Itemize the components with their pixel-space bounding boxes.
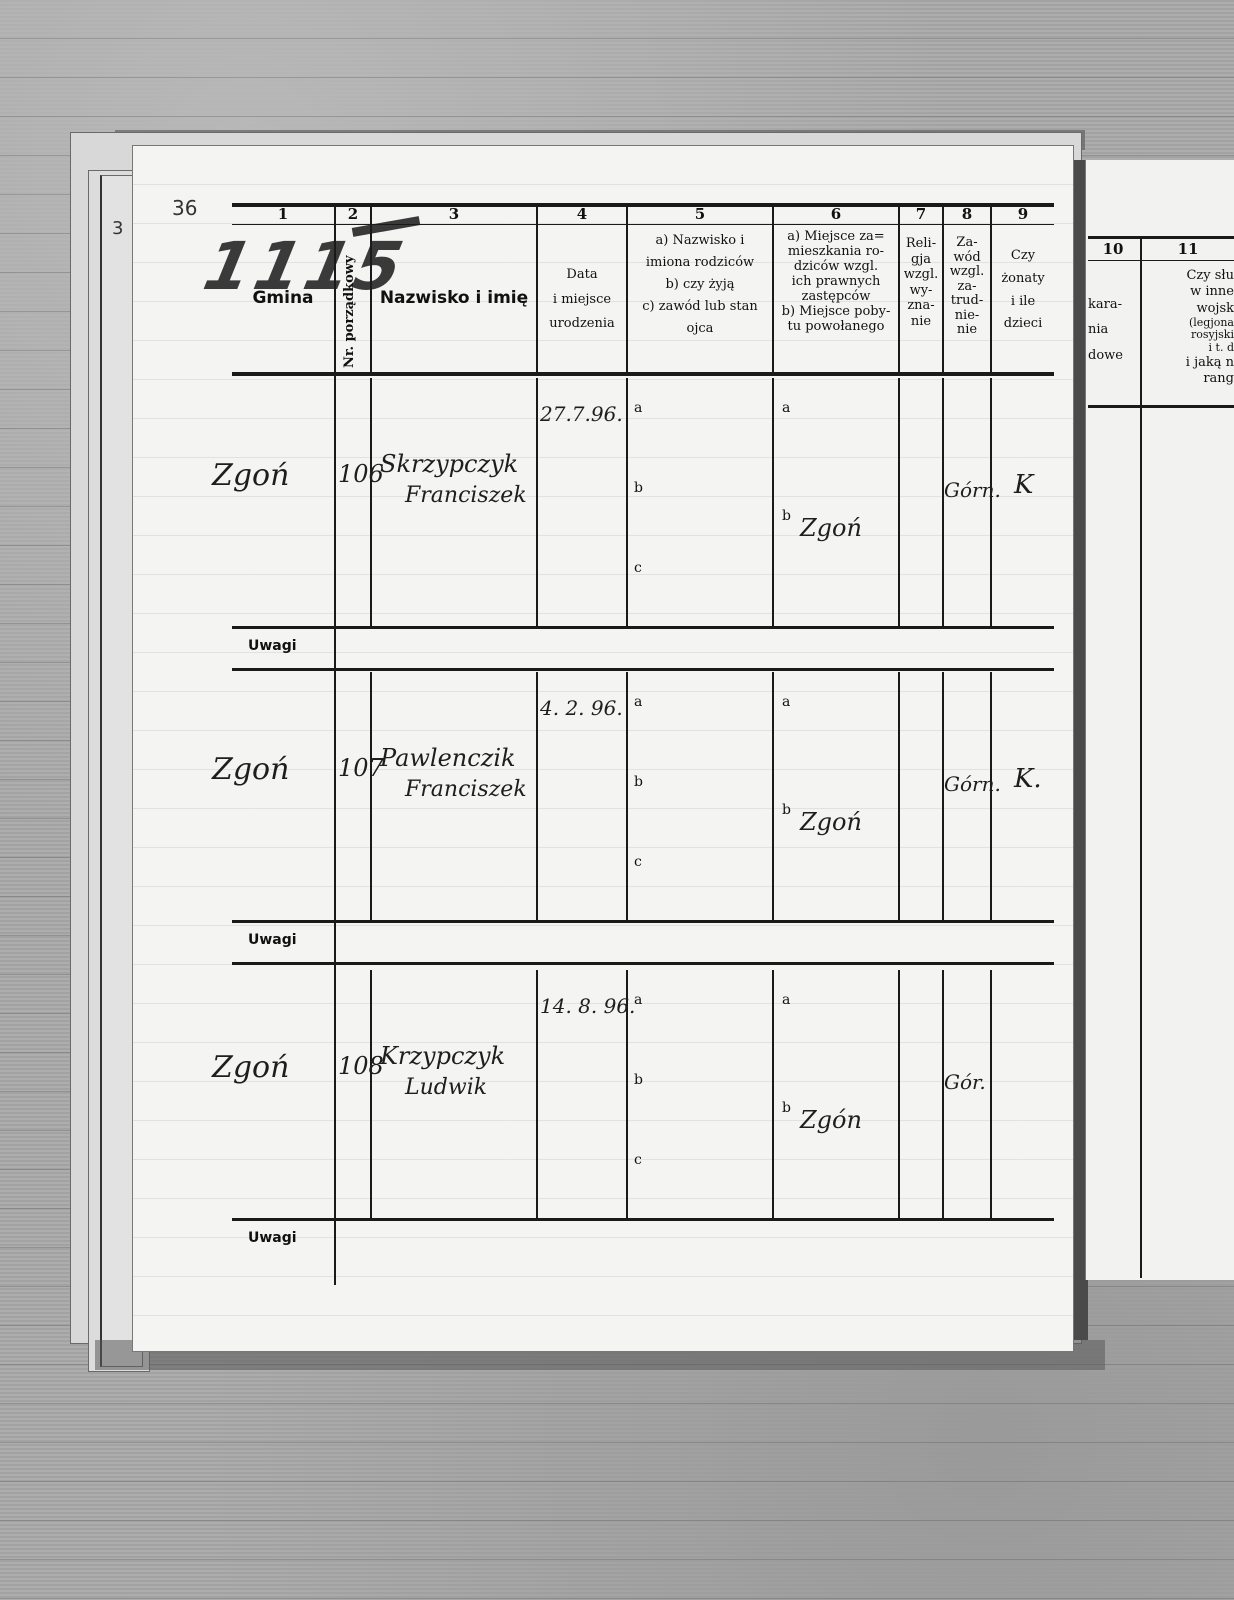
column-rule xyxy=(942,970,944,1218)
cell-residence: Zgoń xyxy=(800,808,862,836)
header-line: zna- xyxy=(900,298,942,314)
cell-occupation: Górn. xyxy=(944,478,1001,502)
column-rule xyxy=(1140,238,1142,1278)
header-line: nie xyxy=(944,323,990,338)
header-nazwisko-imie: Nazwisko i imię xyxy=(372,288,536,309)
header-line: wód xyxy=(944,251,990,266)
header-line: nia xyxy=(1088,317,1140,342)
pencil-side-number: 3 xyxy=(112,218,123,239)
column-rule xyxy=(370,970,372,1218)
cell-gmina: Zgoń xyxy=(212,1050,289,1085)
residence-sub-label: b xyxy=(782,802,791,818)
column-rule xyxy=(536,970,538,1218)
header-line: trud- xyxy=(944,294,990,309)
header-rodzice: a) Nazwisko i imiona rodziców b) czy żyj… xyxy=(628,230,772,340)
header-line: zastępców xyxy=(774,290,898,305)
column-rule xyxy=(990,970,992,1218)
cell-given-name: Franciszek xyxy=(405,777,527,802)
header-gmina: Gmina xyxy=(232,288,334,309)
header-line: wzgl. xyxy=(900,267,942,283)
residence-sub-label: a xyxy=(782,400,790,416)
cell-surname: Krzypczyk xyxy=(380,1042,505,1070)
column-number: 4 xyxy=(538,205,626,223)
cell-residence: Zgoń xyxy=(800,514,862,542)
residence-sub-label: a xyxy=(782,992,790,1008)
column-number: 1 xyxy=(232,205,334,223)
residence-sub-label: a xyxy=(782,694,790,710)
header-bottom-rule-right xyxy=(1088,405,1234,408)
cell-gmina: Zgoń xyxy=(212,458,289,493)
header-line: a) Miejsce za= xyxy=(774,230,898,245)
column-rule xyxy=(990,378,992,626)
header-line: i t. d xyxy=(1144,342,1234,355)
cell-occupation: Górn. xyxy=(944,772,1001,796)
header-line: tu powołanego xyxy=(774,320,898,335)
column-number: 3 xyxy=(372,205,536,223)
header-line: Reli- xyxy=(900,236,942,252)
cell-married: K xyxy=(1014,470,1033,500)
header-line: c) zawód lub stan xyxy=(628,296,772,318)
column-rule xyxy=(898,672,900,920)
header-line: i jaką n xyxy=(1144,355,1234,371)
column-rule xyxy=(772,378,774,626)
parents-sub-label: a xyxy=(634,992,642,1008)
cell-given-name: Ludwik xyxy=(405,1075,487,1100)
header-line: rang xyxy=(1144,371,1234,387)
header-line: i miejsce xyxy=(538,288,626,313)
cell-married: K. xyxy=(1014,764,1042,794)
column-rule xyxy=(370,378,372,626)
parents-sub-label: a xyxy=(634,694,642,710)
header-line: urodzenia xyxy=(538,312,626,337)
parents-sub-label: b xyxy=(634,774,643,790)
cell-surname: Pawlenczik xyxy=(380,744,516,772)
column-number: 2 xyxy=(336,205,370,223)
column-rule xyxy=(990,672,992,920)
column-rule xyxy=(898,378,900,626)
row-bottom-rule xyxy=(232,920,1054,923)
header-line: b) czy żyją xyxy=(628,274,772,296)
residence-sub-label: b xyxy=(782,1100,791,1116)
header-bottom-rule xyxy=(232,372,1054,376)
header-nr-porzadkowy: Nr. porządkowy xyxy=(342,232,357,368)
header-line: żonaty xyxy=(992,268,1054,291)
remarks-label: Uwagi xyxy=(248,638,297,654)
header-religia: Reli- gja wzgl. wy- zna- nie xyxy=(900,236,942,330)
column-rule xyxy=(536,378,538,626)
parents-sub-label: c xyxy=(634,854,642,870)
header-line: Data xyxy=(538,263,626,288)
row-bottom-rule xyxy=(232,1218,1054,1221)
header-zawod: Za- wód wzgl. za- trud- nie- nie xyxy=(944,236,990,338)
header-line: ich prawnych xyxy=(774,275,898,290)
column-number: 10 xyxy=(1088,240,1138,258)
column-number: 8 xyxy=(944,205,990,223)
header-line: dowe xyxy=(1088,343,1140,368)
header-line: i ile xyxy=(992,291,1054,314)
column-rule xyxy=(370,672,372,920)
header-line: a) Nazwisko i xyxy=(628,230,772,252)
header-line: gja xyxy=(900,252,942,268)
column-rule xyxy=(626,378,628,626)
header-data-urodzenia: Data i miejsce urodzenia xyxy=(538,263,626,337)
cell-residence: Zgón xyxy=(800,1106,862,1134)
header-line: kara- xyxy=(1088,292,1140,317)
column-rule xyxy=(942,378,944,626)
column-number: 11 xyxy=(1142,240,1234,258)
column-rule xyxy=(772,970,774,1218)
cell-birth-date: 4. 2. 96. xyxy=(540,696,623,720)
header-karalnosc: kara- nia dowe xyxy=(1088,292,1140,368)
cell-occupation: Gór. xyxy=(944,1070,986,1094)
column-rule xyxy=(626,672,628,920)
column-number: 5 xyxy=(628,205,772,223)
cell-nr: 106 xyxy=(338,460,384,488)
cell-nr: 107 xyxy=(338,754,384,782)
parents-sub-label: a xyxy=(634,400,642,416)
colnum-rule-right xyxy=(1088,260,1234,261)
header-line: b) Miejsce poby- xyxy=(774,305,898,320)
column-rule xyxy=(942,672,944,920)
remarks-bottom-rule xyxy=(232,962,1054,965)
header-top-rule-right xyxy=(1088,236,1234,239)
header-zonaty: Czy żonaty i ile dzieci xyxy=(992,245,1054,336)
cell-birth-date: 27.7.96. xyxy=(540,402,623,426)
header-line: w inne xyxy=(1144,284,1234,300)
cell-surname: Skrzypczyk xyxy=(380,450,518,478)
column-number: 6 xyxy=(774,205,898,223)
residence-sub-label: b xyxy=(782,508,791,524)
header-line: ojca xyxy=(628,318,772,340)
header-line: wy- xyxy=(900,283,942,299)
parents-sub-label: c xyxy=(634,560,642,576)
header-line: Czy xyxy=(992,245,1054,268)
pencil-page-number: 36 xyxy=(172,196,197,220)
header-sluzba: Czy słu w inne wojsk (legjona rosyjski i… xyxy=(1144,268,1234,387)
parents-sub-label: c xyxy=(634,1152,642,1168)
header-line: nie- xyxy=(944,309,990,324)
parents-sub-label: b xyxy=(634,480,643,496)
header-line: wzgl. xyxy=(944,265,990,280)
cell-birth-date: 14. 8. 96. xyxy=(540,994,635,1018)
remarks-bottom-rule xyxy=(232,668,1054,671)
header-line: Za- xyxy=(944,236,990,251)
header-miejsce: a) Miejsce za= mieszkania ro- dziców wzg… xyxy=(774,230,898,335)
header-line: za- xyxy=(944,280,990,295)
header-line: imiona rodziców xyxy=(628,252,772,274)
header-line: wojsk xyxy=(1144,301,1234,317)
cell-gmina: Zgoń xyxy=(212,752,289,787)
header-line: mieszkania ro- xyxy=(774,245,898,260)
remarks-label: Uwagi xyxy=(248,932,297,948)
column-rule xyxy=(898,970,900,1218)
remarks-label: Uwagi xyxy=(248,1230,297,1246)
header-line: nie xyxy=(900,314,942,330)
column-rule xyxy=(772,672,774,920)
column-rule xyxy=(334,205,336,1285)
cell-given-name: Franciszek xyxy=(405,483,527,508)
column-number: 9 xyxy=(992,205,1054,223)
header-line: dzieci xyxy=(992,313,1054,336)
row-bottom-rule xyxy=(232,626,1054,629)
parents-sub-label: b xyxy=(634,1072,643,1088)
colnum-rule xyxy=(232,224,1054,225)
column-number: 7 xyxy=(900,205,942,223)
header-line: dziców wzgl. xyxy=(774,260,898,275)
column-rule xyxy=(536,672,538,920)
header-line: Czy słu xyxy=(1144,268,1234,284)
cell-nr: 108 xyxy=(338,1052,384,1080)
